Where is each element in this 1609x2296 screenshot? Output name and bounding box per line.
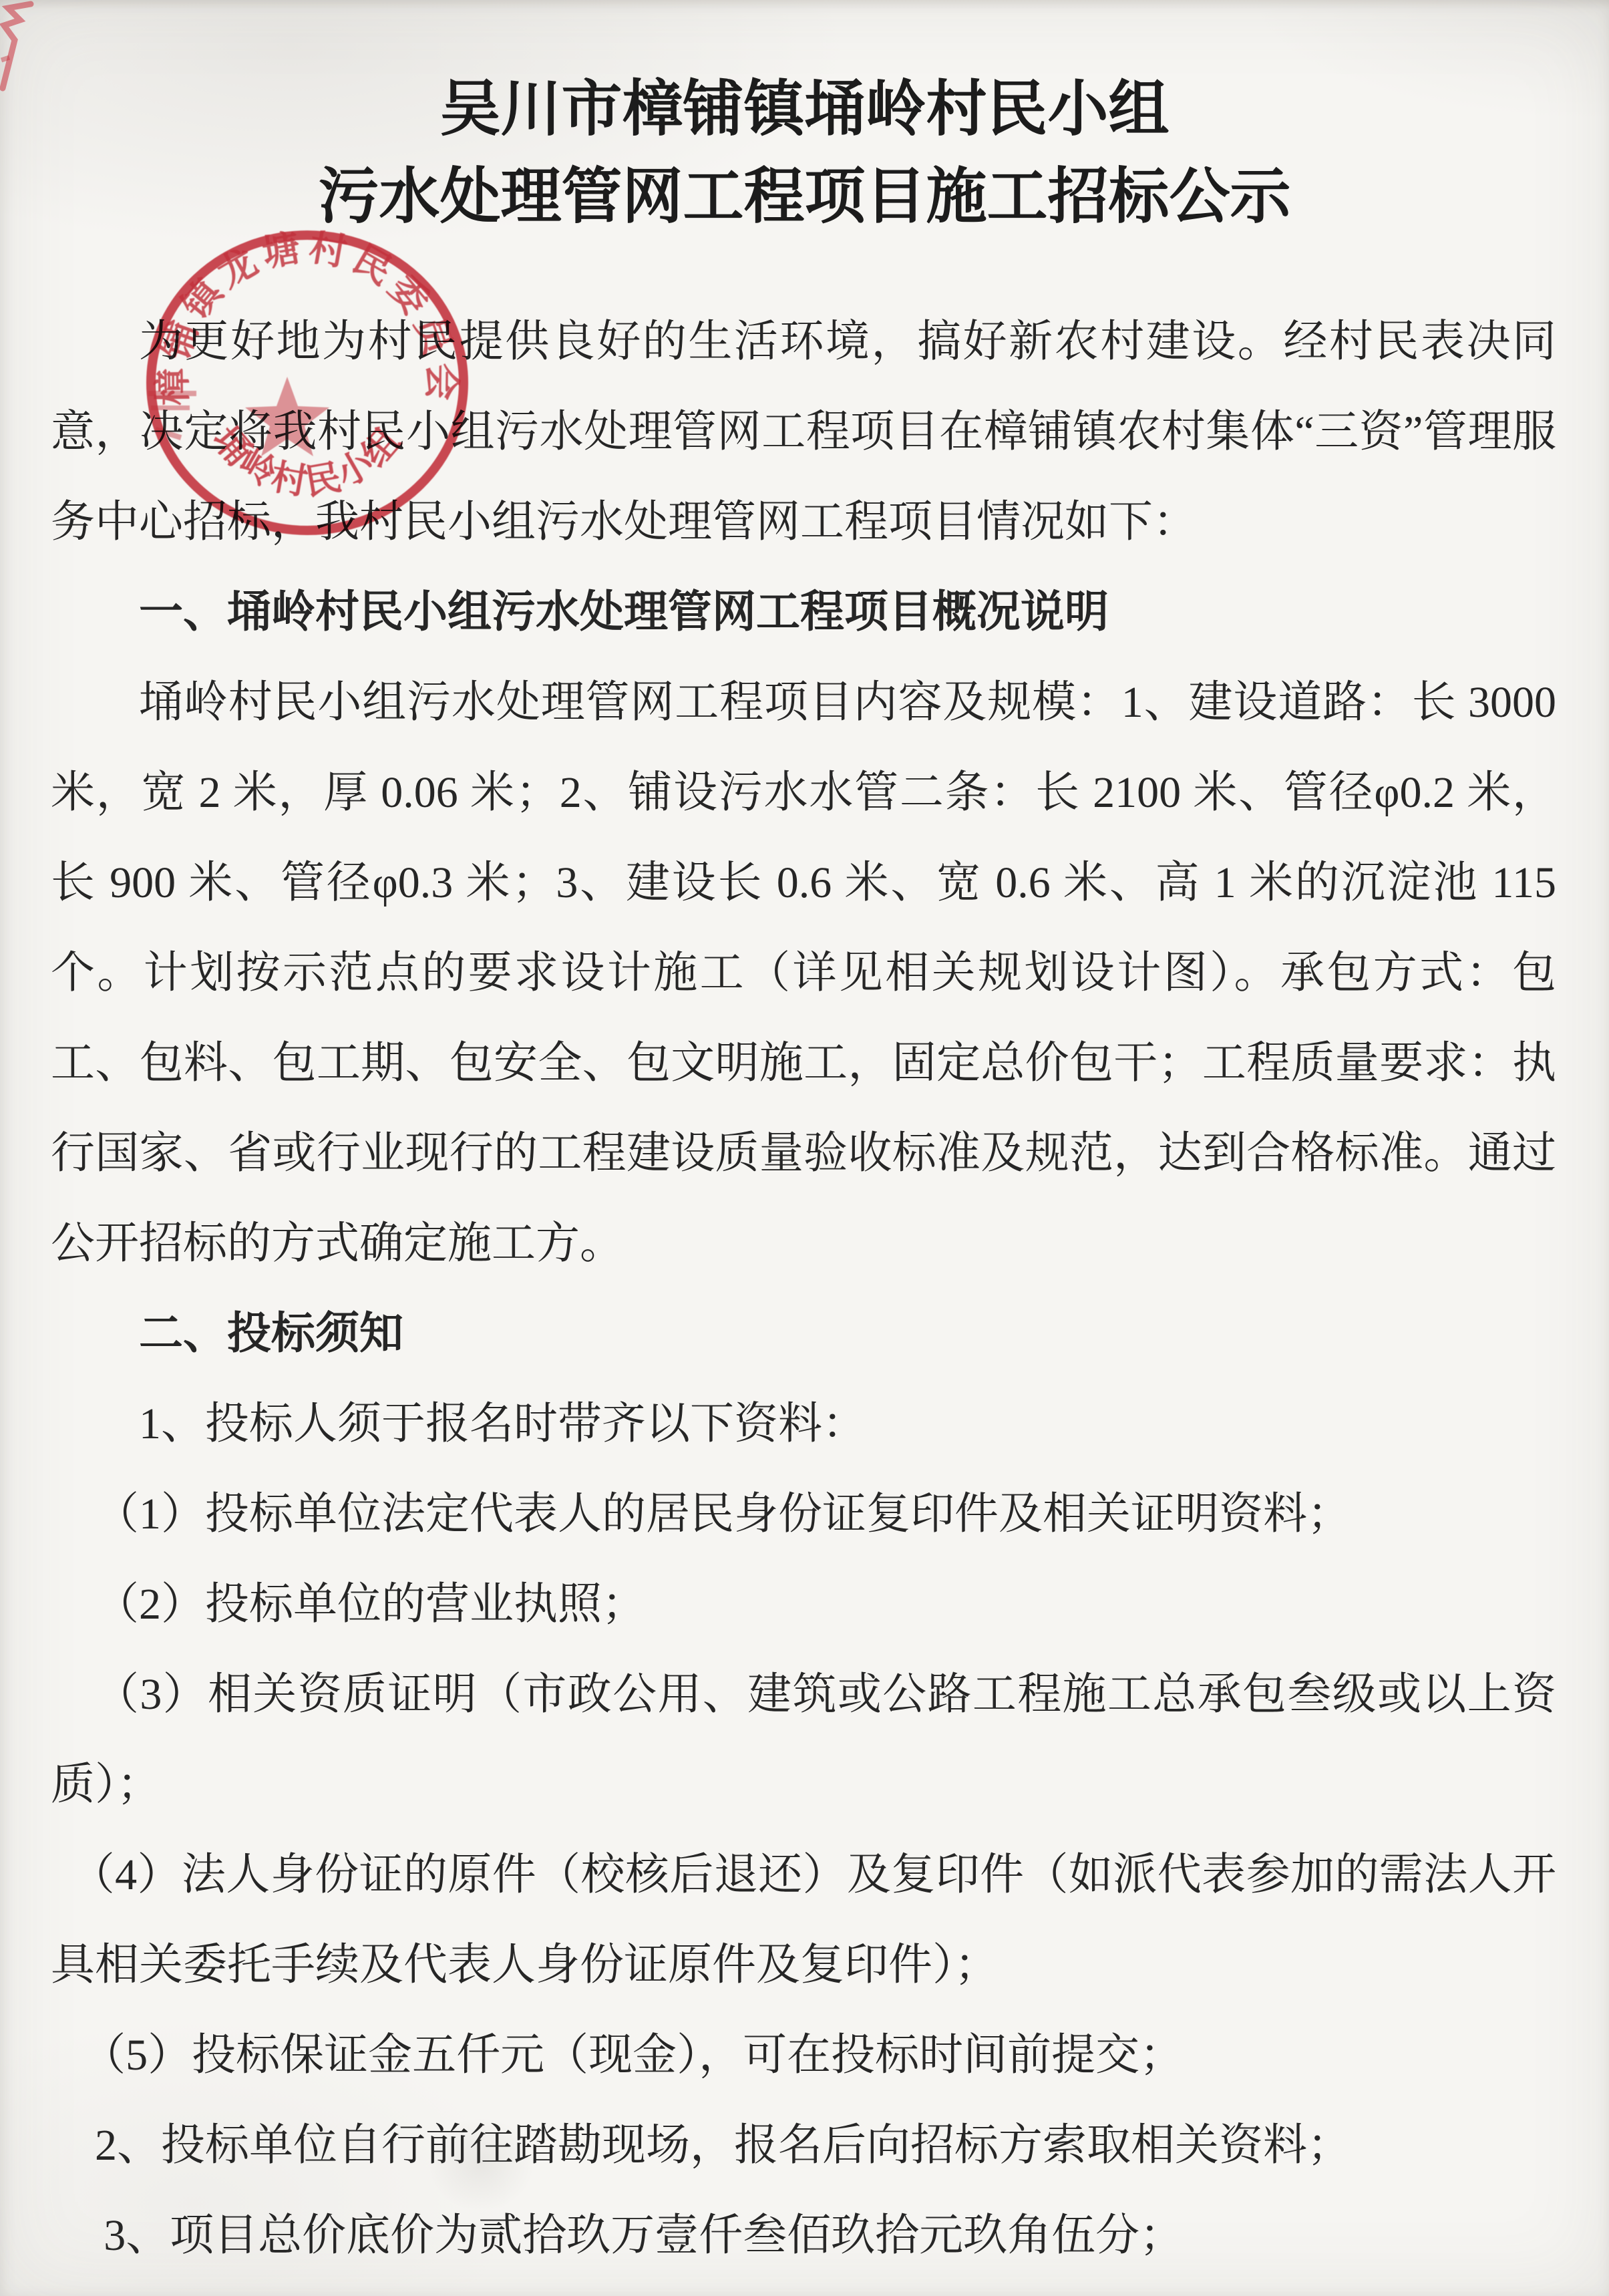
section-1-body: 埇岭村民小组污水处理管网工程项目内容及规模：1、建设道路：长 3000 米，宽 … (51, 657, 1556, 1289)
bid-item-1-5: （5）投标保证金五仟元（现金），可在投标时间前提交； (51, 2010, 1556, 2100)
bid-item-1-3: （3）相关资质证明（市政公用、建筑或公路工程施工总承包叁级或以上资质）； (51, 1649, 1556, 1830)
scanned-document-page: 吴川市樟铺镇埇岭村民小组 污水处理管网工程项目施工招标公示 为更好地为村民提供良… (0, 0, 1609, 2296)
document-body: 为更好地为村民提供良好的生活环境，搞好新农村建设。经村民表决同意，决定将我村民小… (51, 297, 1556, 2281)
bid-item-2: 2、投标单位自行前往踏勘现场，报名后向招标方索取相关资料； (51, 2100, 1556, 2190)
bid-item-1-2: （2）投标单位的营业执照； (51, 1559, 1556, 1649)
bid-item-1-4: （4）法人身份证的原件（校核后退还）及复印件（如派代表参加的需法人开具相关委托手… (51, 1830, 1556, 2010)
document-title-line2: 污水处理管网工程项目施工招标公示 (0, 153, 1609, 240)
bid-item-3: 3、项目总价底价为贰拾玖万壹仟叁佰玖拾元玖角伍分； (51, 2190, 1556, 2281)
document-title-line1: 吴川市樟铺镇埇岭村民小组 (0, 65, 1609, 153)
document-title: 吴川市樟铺镇埇岭村民小组 污水处理管网工程项目施工招标公示 (0, 0, 1609, 240)
bid-item-1: 1、投标人须于报名时带齐以下资料： (51, 1379, 1556, 1469)
paragraph-intro: 为更好地为村民提供良好的生活环境，搞好新农村建设。经村民表决同意，决定将我村民小… (51, 297, 1556, 567)
section-2-heading: 二、投标须知 (51, 1289, 1556, 1379)
bid-item-1-1: （1）投标单位法定代表人的居民身份证复印件及相关证明资料； (51, 1469, 1556, 1559)
section-1-heading: 一、埇岭村民小组污水处理管网工程项目概况说明 (51, 567, 1556, 657)
